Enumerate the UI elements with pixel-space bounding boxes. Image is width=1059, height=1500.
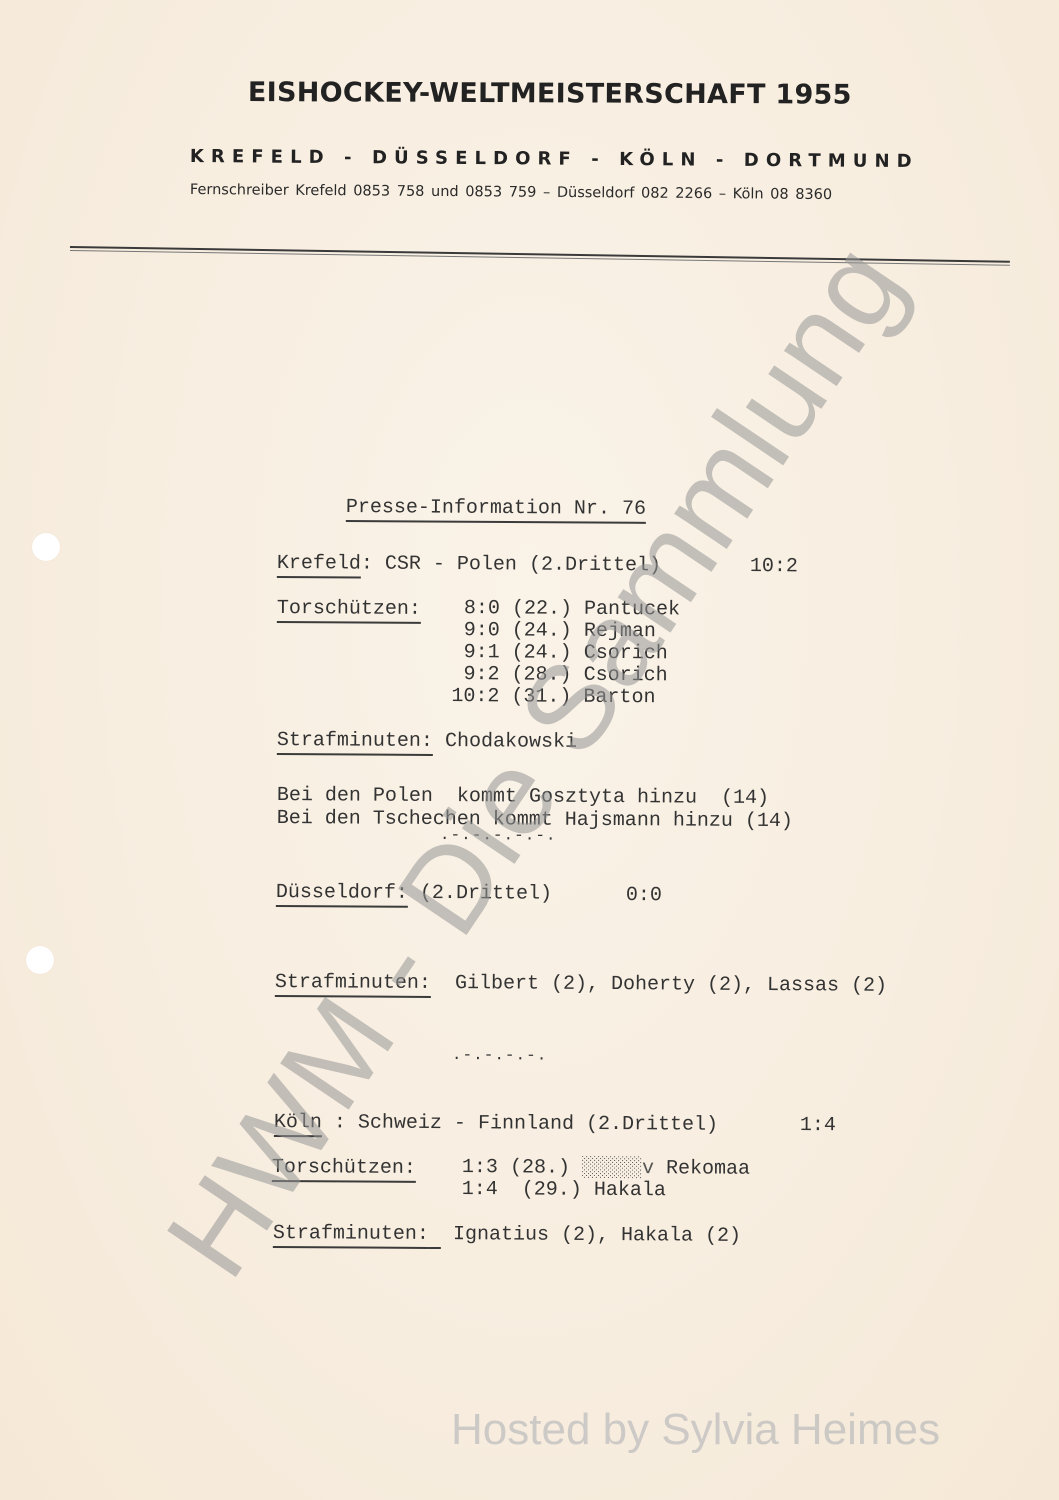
goal-row: 8:0 (22.) Pantucek bbox=[452, 598, 680, 621]
goal-row: 1:3 (28.) ░░░░░v Rekomaa bbox=[462, 1157, 750, 1181]
goal-minute: (28.) bbox=[510, 1156, 570, 1179]
separator: .-.-.-.-. bbox=[452, 1046, 548, 1065]
goal-row: 1:4 (29.) Hakala bbox=[462, 1179, 750, 1203]
goal-score: 9:0 bbox=[452, 619, 500, 642]
krefeld-penalties-line: Strafminuten: Chodakowski bbox=[277, 729, 577, 754]
krefeld-game-line: Krefeld: CSR - Polen (2.Drittel) bbox=[277, 552, 661, 577]
scorers-label: Torschützen: bbox=[277, 597, 421, 624]
koeln-penalties-line: Strafminuten: Ignatius (2), Hakala (2) bbox=[273, 1222, 741, 1248]
goal-minute: (22.) bbox=[512, 597, 572, 620]
krefeld-score: 10:2 bbox=[750, 555, 798, 578]
duesseldorf-game-line: Düsseldorf: (2.Drittel) bbox=[276, 881, 552, 906]
krefeld-label: Krefeld bbox=[277, 552, 361, 579]
hosted-by-watermark: Hosted by Sylvia Heimes bbox=[451, 1405, 940, 1455]
koeln-game-line: Köln : Schweiz - Finnland (2.Drittel) bbox=[274, 1111, 718, 1137]
duesseldorf-penalties-line: Strafminuten: Gilbert (2), Doherty (2), … bbox=[275, 971, 887, 998]
goal-row: 9:1 (24.) Csorich bbox=[452, 642, 680, 665]
koeln-scorers-label: Torschützen: bbox=[272, 1156, 416, 1180]
letterhead-cities: KREFELD - DÜSSELDORF - KÖLN - DORTMUND bbox=[190, 146, 919, 172]
goal-player: Hakala bbox=[594, 1179, 666, 1202]
goal-player: Rejman bbox=[584, 620, 656, 643]
penalties-label: Strafminuten: bbox=[275, 971, 431, 998]
penalties-label: Strafminuten: bbox=[273, 1222, 429, 1249]
goal-score: 9:1 bbox=[452, 641, 500, 664]
struck-out-text: ░░░░░v bbox=[582, 1157, 654, 1180]
goal-score: 10:2 bbox=[451, 685, 499, 708]
penalties-label: Strafminuten: bbox=[277, 729, 433, 756]
goal-score: 9:2 bbox=[451, 663, 499, 686]
goal-player: Pantucek bbox=[584, 598, 680, 622]
goal-minute: (24.) bbox=[512, 641, 572, 664]
note-line: Bei den Polen kommt Gosztyta hinzu (14) bbox=[277, 784, 793, 810]
goal-minute: (28.) bbox=[511, 663, 571, 686]
scorers-label: Torschützen: bbox=[272, 1156, 416, 1183]
goal-row: 10:2 (31.) Barton bbox=[451, 686, 679, 709]
krefeld-goals-list: 8:0 (22.) Pantucek 9:0 (24.) Rejman 9:1 … bbox=[451, 598, 680, 709]
goal-minute: (31.) bbox=[511, 685, 571, 708]
krefeld-scorers-label: Torschützen: bbox=[277, 597, 421, 621]
goal-row: 9:0 (24.) Rejman bbox=[452, 620, 680, 643]
koeln-score: 1:4 bbox=[800, 1114, 836, 1137]
goal-minute: (29.) bbox=[510, 1178, 582, 1201]
koeln-label: Köln bbox=[274, 1111, 322, 1137]
goal-score: 1:4 bbox=[462, 1178, 498, 1201]
penalties-value: Ignatius (2), Hakala (2) bbox=[453, 1223, 741, 1248]
goal-score: 8:0 bbox=[452, 597, 500, 620]
letterhead-contact: Fernschreiber Krefeld 0853 758 und 0853 … bbox=[190, 182, 832, 203]
goal-score: 1:3 bbox=[462, 1156, 498, 1179]
koeln-goals-list: 1:3 (28.) ░░░░░v Rekomaa1:4 (29.) Hakala bbox=[462, 1157, 750, 1203]
goal-minute: (24.) bbox=[512, 619, 572, 642]
duesseldorf-score: 0:0 bbox=[626, 884, 662, 907]
punch-hole bbox=[26, 946, 54, 974]
press-info-heading: Presse-Information Nr. 76 bbox=[346, 496, 646, 521]
document-page: EISHOCKEY-WELTMEISTERSCHAFT 1955 KREFELD… bbox=[0, 0, 1059, 1500]
diagonal-watermark: HWM - Die Sammlung bbox=[139, 219, 931, 1301]
krefeld-game: : CSR - Polen (2.Drittel) bbox=[361, 553, 661, 578]
goal-row: 9:2 (28.) Csorich bbox=[451, 664, 679, 687]
letterhead-title: EISHOCKEY-WELTMEISTERSCHAFT 1955 bbox=[248, 77, 852, 111]
goal-player: Rekomaa bbox=[666, 1157, 750, 1181]
penalties-value: Gilbert (2), Doherty (2), Lassas (2) bbox=[455, 972, 887, 998]
press-info-title: Presse-Information Nr. 76 bbox=[346, 496, 646, 524]
koeln-game: : Schweiz - Finnland (2.Drittel) bbox=[322, 1111, 718, 1136]
punch-hole bbox=[32, 533, 60, 561]
header-rule bbox=[70, 246, 1010, 263]
duesseldorf-label: Düsseldorf: bbox=[276, 881, 408, 908]
goal-player: Barton bbox=[583, 686, 655, 709]
goal-player: Csorich bbox=[584, 642, 668, 666]
separator: .-.-.-.-.-. bbox=[440, 826, 557, 845]
duesseldorf-game: (2.Drittel) bbox=[408, 882, 552, 906]
goal-player: Csorich bbox=[584, 664, 668, 688]
penalties-value: Chodakowski bbox=[445, 730, 577, 754]
